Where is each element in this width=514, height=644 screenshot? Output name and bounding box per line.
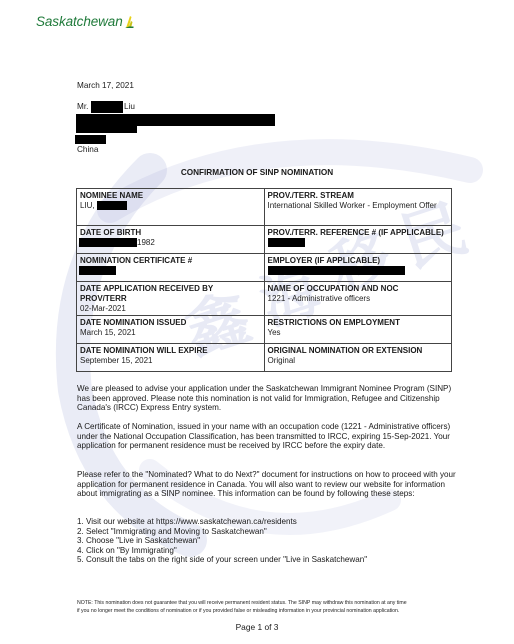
field-label: EMPLOYER (IF APPLICABLE) [268,256,449,266]
table-cell: DATE NOMINATION WILL EXPIRE September 15… [77,344,265,372]
field-value: September 15, 2021 [80,356,261,366]
field-label: DATE OF BIRTH [80,228,261,238]
recipient-country: China [77,145,98,155]
paragraph-next-steps: Please refer to the "Nominated? What to … [77,470,457,499]
field-value [80,266,261,276]
table-cell: NOMINATION CERTIFICATE # [77,254,265,282]
list-item: 4. Click on "By Immigrating" [77,546,367,556]
table-cell: RESTRICTIONS ON EMPLOYMENT Yes [264,316,452,344]
saskatchewan-logo: Saskatchewan [36,14,134,30]
steps-list: 1. Visit our website at https://www.sask… [77,517,367,565]
field-value [268,266,449,276]
field-label: RESTRICTIONS ON EMPLOYMENT [268,318,449,328]
list-item: 2. Select "Immigrating and Moving to Sas… [77,527,367,537]
letter-page: 鑫 海 移 民 Saskatchewan March 17, 2021 Mr. … [0,0,514,644]
wheat-sheaf-icon [124,15,134,29]
table-row: DATE OF BIRTH 1982 PROV./TERR. REFERENCE… [77,226,452,254]
table-cell: DATE NOMINATION ISSUED March 15, 2021 [77,316,265,344]
document-title: CONFIRMATION OF SINP NOMINATION [0,168,514,177]
table-cell: PROV./TERR. STREAM International Skilled… [264,189,452,226]
redaction-block [268,238,305,247]
footer-note-line: NOTE: This nomination does not guarantee… [77,599,477,607]
field-label: ORIGINAL NOMINATION OR EXTENSION [268,346,449,356]
table-cell: ORIGINAL NOMINATION OR EXTENSION Origina… [264,344,452,372]
field-label: DATE NOMINATION WILL EXPIRE [80,346,261,356]
field-value: 1221 - Administrative officers [268,294,449,304]
table-row: DATE NOMINATION WILL EXPIRE September 15… [77,344,452,372]
list-item: 1. Visit our website at https://www.sask… [77,517,367,527]
field-label: PROV./TERR. STREAM [268,191,449,201]
redaction-block [97,201,127,210]
list-item: 5. Consult the tabs on the right side of… [77,555,367,565]
redaction-block [79,266,116,275]
field-label: NAME OF OCCUPATION AND NOC [268,284,449,294]
field-value: International Skilled Worker - Employmen… [268,201,449,211]
field-label: DATE APPLICATION RECEIVED BY PROV/TERR [80,284,261,304]
table-row: DATE APPLICATION RECEIVED BY PROV/TERR 0… [77,282,452,316]
table-cell: DATE OF BIRTH 1982 [77,226,265,254]
paragraph-approval: We are pleased to advise your applicatio… [77,384,457,413]
field-label: NOMINATION CERTIFICATE # [80,256,261,266]
footer-note-line: if you no longer meet the conditions of … [77,607,477,615]
field-label: PROV./TERR. REFERENCE # (IF APPLICABLE) [268,228,449,238]
table-cell: PROV./TERR. REFERENCE # (IF APPLICABLE) [264,226,452,254]
table-cell: NAME OF OCCUPATION AND NOC 1221 - Admini… [264,282,452,316]
field-value: Yes [268,328,449,338]
footer-note: NOTE: This nomination does not guarantee… [77,599,477,615]
recipient-surname: Liu [124,102,135,112]
field-label: NOMINEE NAME [80,191,261,201]
redaction-block [76,125,137,133]
table-row: DATE NOMINATION ISSUED March 15, 2021 RE… [77,316,452,344]
table-cell: EMPLOYER (IF APPLICABLE) [264,254,452,282]
redaction-block [91,101,123,113]
redaction-block [75,135,106,144]
nomination-details-table: NOMINEE NAME LIU, PROV./TERR. STREAM Int… [76,188,452,372]
logo-text: Saskatchewan [36,14,123,30]
table-cell: NOMINEE NAME LIU, [77,189,265,226]
table-cell: DATE APPLICATION RECEIVED BY PROV/TERR 0… [77,282,265,316]
salutation-prefix: Mr. [77,102,88,112]
field-label: DATE NOMINATION ISSUED [80,318,261,328]
field-value: 02-Mar-2021 [80,304,261,314]
page-number: Page 1 of 3 [0,622,514,632]
list-item: 3. Choose "Live in Saskatchewan" [77,536,367,546]
field-value: 1982 [80,238,261,248]
field-value: Original [268,356,449,366]
redaction-block [268,266,405,275]
table-row: NOMINEE NAME LIU, PROV./TERR. STREAM Int… [77,189,452,226]
redaction-block [79,238,137,247]
table-row: NOMINATION CERTIFICATE # EMPLOYER (IF AP… [77,254,452,282]
letter-date: March 17, 2021 [77,81,134,91]
field-value: LIU, [80,201,261,211]
field-value [268,238,449,248]
paragraph-certificate: A Certificate of Nomination, issued in y… [77,422,457,451]
field-value: March 15, 2021 [80,328,261,338]
